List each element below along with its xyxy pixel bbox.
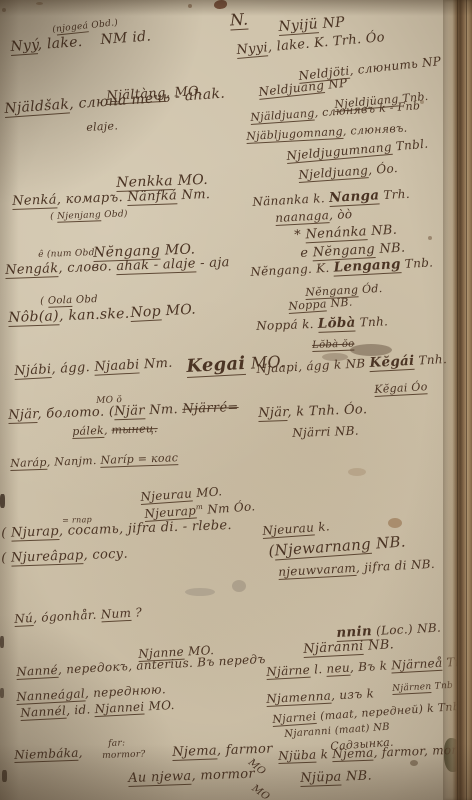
annotation-num-obd: ê (num Obd [38,249,95,261]
page-edge-line [466,0,467,800]
entry-niembaka: Niembáka, [14,747,83,763]
entry-njeldjugumnang: Njeldjugumnang Tnbl. [286,138,429,164]
annotation-mo-diagonal-2: MO [250,783,272,800]
entry-nyy: Nyý, lake. [10,35,83,55]
entry-nenanka: * Nenánka NB. [294,224,398,244]
entry-njamenna: Njamenna, изъ k [266,687,375,706]
entry-nu: Nú, ógonhår. Num ? [14,606,142,626]
entry-njewarnang: (Njewarnang NB. [268,533,406,559]
entry-nyiju-np: Nyijü NP [278,15,345,35]
entry-njurap: ( Njurap, сосать, jifra di. - rlebe. [1,519,232,541]
entry-naanaga: naanaga, òò [275,208,353,225]
entry-njar: Njär, болото. (Njär Nm. Njärré= [8,401,239,423]
entry-njarri-nb: Njärri NB. [292,425,359,441]
annotation-njenjang-obd: ( Njenjang Obd) [50,210,128,223]
book-page-edge [443,0,472,800]
entry-njeurau-k: Njeurau k. [262,520,330,538]
entry-njeldjuang-oo: Njeldjuang, Óo. [298,162,398,182]
entry-njeuwvaram: njeuwvaram, jifra di NB. [278,558,435,579]
manuscript-text-layer: N. (njogeá Obd.)Nyý, lake.NM id.Nyijü NP… [0,0,472,800]
annotation-mormor: mormor? [102,750,146,761]
entry-nananka: Nänanka k. Nanga Trh. [252,187,410,210]
entry-noppa-k: Noppá k. Lŏbà Tnh. [256,314,388,333]
entry-nyy-nm: NM id. [100,29,152,48]
annotation-far: far: [108,739,126,749]
entry-njaldsak-cont: elaje. [86,120,118,134]
annotation-oola-obd: ( Oola Obd [40,294,98,307]
entry-njema-farmor: Njema, farmor [172,742,273,760]
entry-loba-oo: Lŏbà ŏo [312,339,355,351]
entry-njureapap: ( Njureâpap, сосу. [1,548,128,567]
entry-au-njewa: Au njewa, mormor [128,768,255,787]
page-edge-line [457,0,458,800]
entry-nyyi: Nyyi, lake. K. Trh. Óo [236,31,386,58]
entry-njar-k: Njär, k Tnh. Óo. [258,403,368,421]
entry-nenka: Nenká, комаръ. Nänfká Nm. [12,188,211,209]
entry-kegai-oo: Kĕgai Óo [374,381,428,396]
entry-nob: Nôb(a), kan.ske. [8,307,130,327]
entry-njaranni-nb: Njäranni NB. [303,638,394,657]
entry-njarne: Njärne l. neu, Въ k Njärneå Tnb [266,655,471,679]
entry-nop-mo: Nop MO. [130,303,196,322]
entry-njabi: Njábi, ágg. Njaabi Nm. [14,357,173,380]
section-letter-heading: N. [229,10,248,31]
entry-njupa: Njüpa NB. [300,769,372,786]
entry-neldjuang-np: Neldjuang NP [258,77,348,99]
entry-nengang-k: Nĕngang. K. Lengang Tnb. [250,255,434,279]
manuscript-page-photo: N. (njogeá Obd.)Nyý, lake.NM id.Nyijü NP… [0,0,472,800]
entry-narap: Naráp, Nanjm. Naríp = коас [10,452,178,470]
entry-palek: pálek, тынец. [72,423,158,438]
entry-noppa-nb: Noppa NB. [288,297,353,314]
